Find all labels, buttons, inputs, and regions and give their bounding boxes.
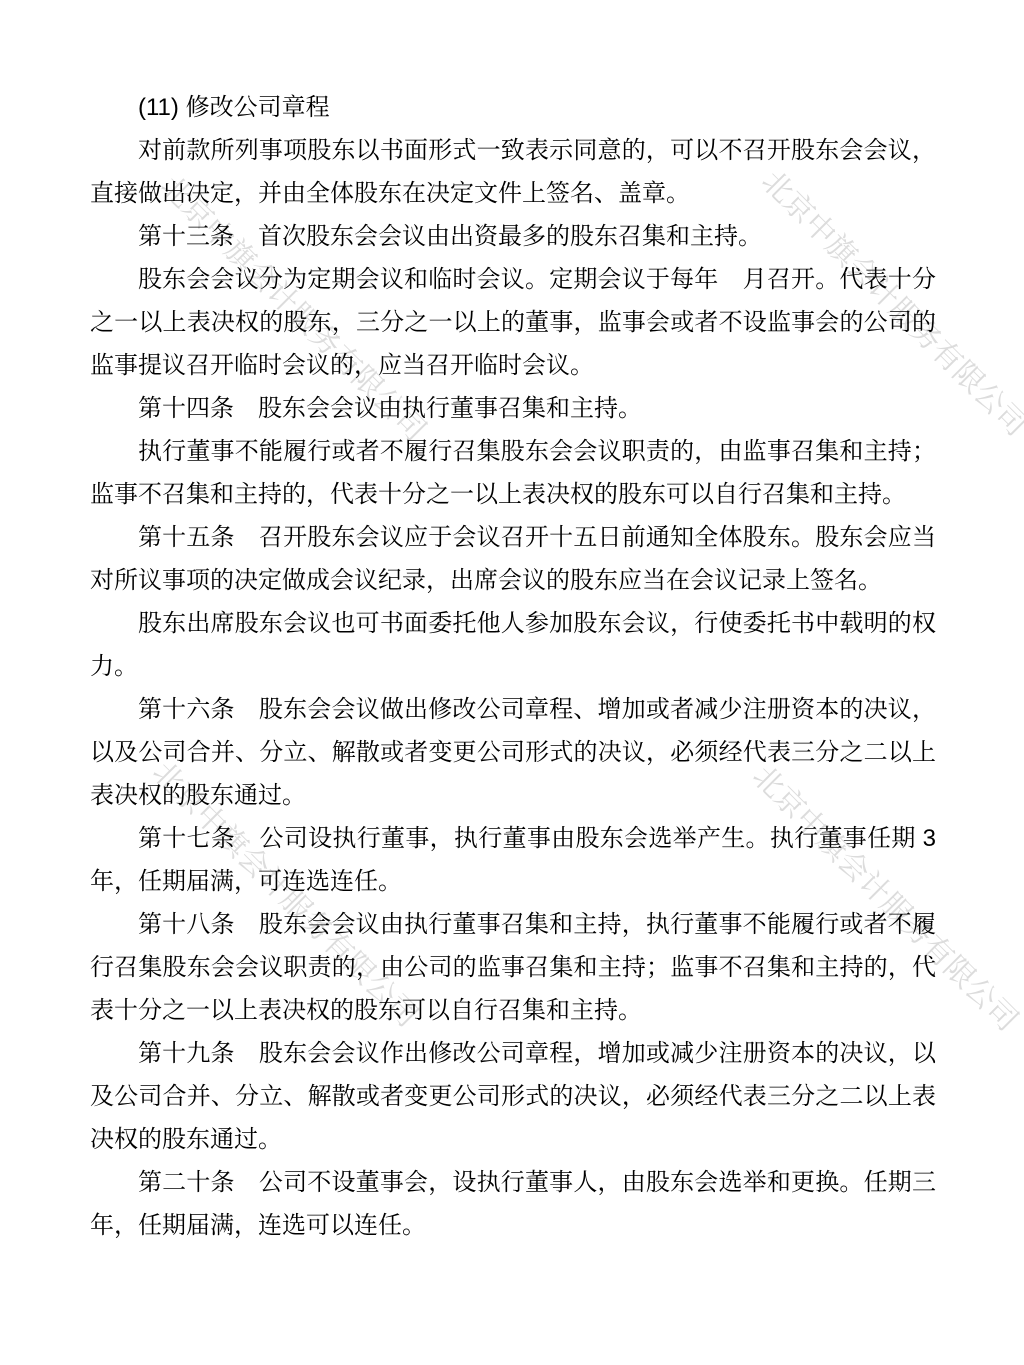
clause-11-heading: (11) 修改公司章程	[90, 86, 936, 129]
paragraph-written-consent: 对前款所列事项股东以书面形式一致表示同意的，可以不召开股东会会议，直接做出决定，…	[90, 129, 936, 215]
article-15: 第十五条 召开股东会议应于会议召开十五日前通知全体股东。股东会应当对所议事项的决…	[90, 516, 936, 602]
document-body: (11) 修改公司章程 对前款所列事项股东以书面形式一致表示同意的，可以不召开股…	[90, 86, 936, 1247]
article-19: 第十九条 股东会会议作出修改公司章程，增加或减少注册资本的决议，以及公司合并、分…	[90, 1032, 936, 1161]
paragraph-convene-fallback: 执行董事不能履行或者不履行召集股东会会议职责的，由监事召集和主持；监事不召集和主…	[90, 430, 936, 516]
document-page: 北京中旗会计服务有限公司 北京中旗会计服务有限公司 北京中旗会计服务有限公司 北…	[0, 0, 1024, 1365]
article-14: 第十四条 股东会会议由执行董事召集和主持。	[90, 387, 936, 430]
article-18: 第十八条 股东会会议由执行董事召集和主持，执行董事不能履行或者不履行召集股东会会…	[90, 903, 936, 1032]
article-16: 第十六条 股东会会议做出修改公司章程、增加或者减少注册资本的决议，以及公司合并、…	[90, 688, 936, 817]
paragraph-meeting-types: 股东会会议分为定期会议和临时会议。定期会议于每年 月召开。代表十分之一以上表决权…	[90, 258, 936, 387]
article-17: 第十七条 公司设执行董事，执行董事由股东会选举产生。执行董事任期 3 年，任期届…	[90, 817, 936, 903]
article-20: 第二十条 公司不设董事会，设执行董事人，由股东会选举和更换。任期三年，任期届满，…	[90, 1161, 936, 1247]
paragraph-proxy: 股东出席股东会议也可书面委托他人参加股东会议，行使委托书中载明的权力。	[90, 602, 936, 688]
article-13: 第十三条 首次股东会会议由出资最多的股东召集和主持。	[90, 215, 936, 258]
